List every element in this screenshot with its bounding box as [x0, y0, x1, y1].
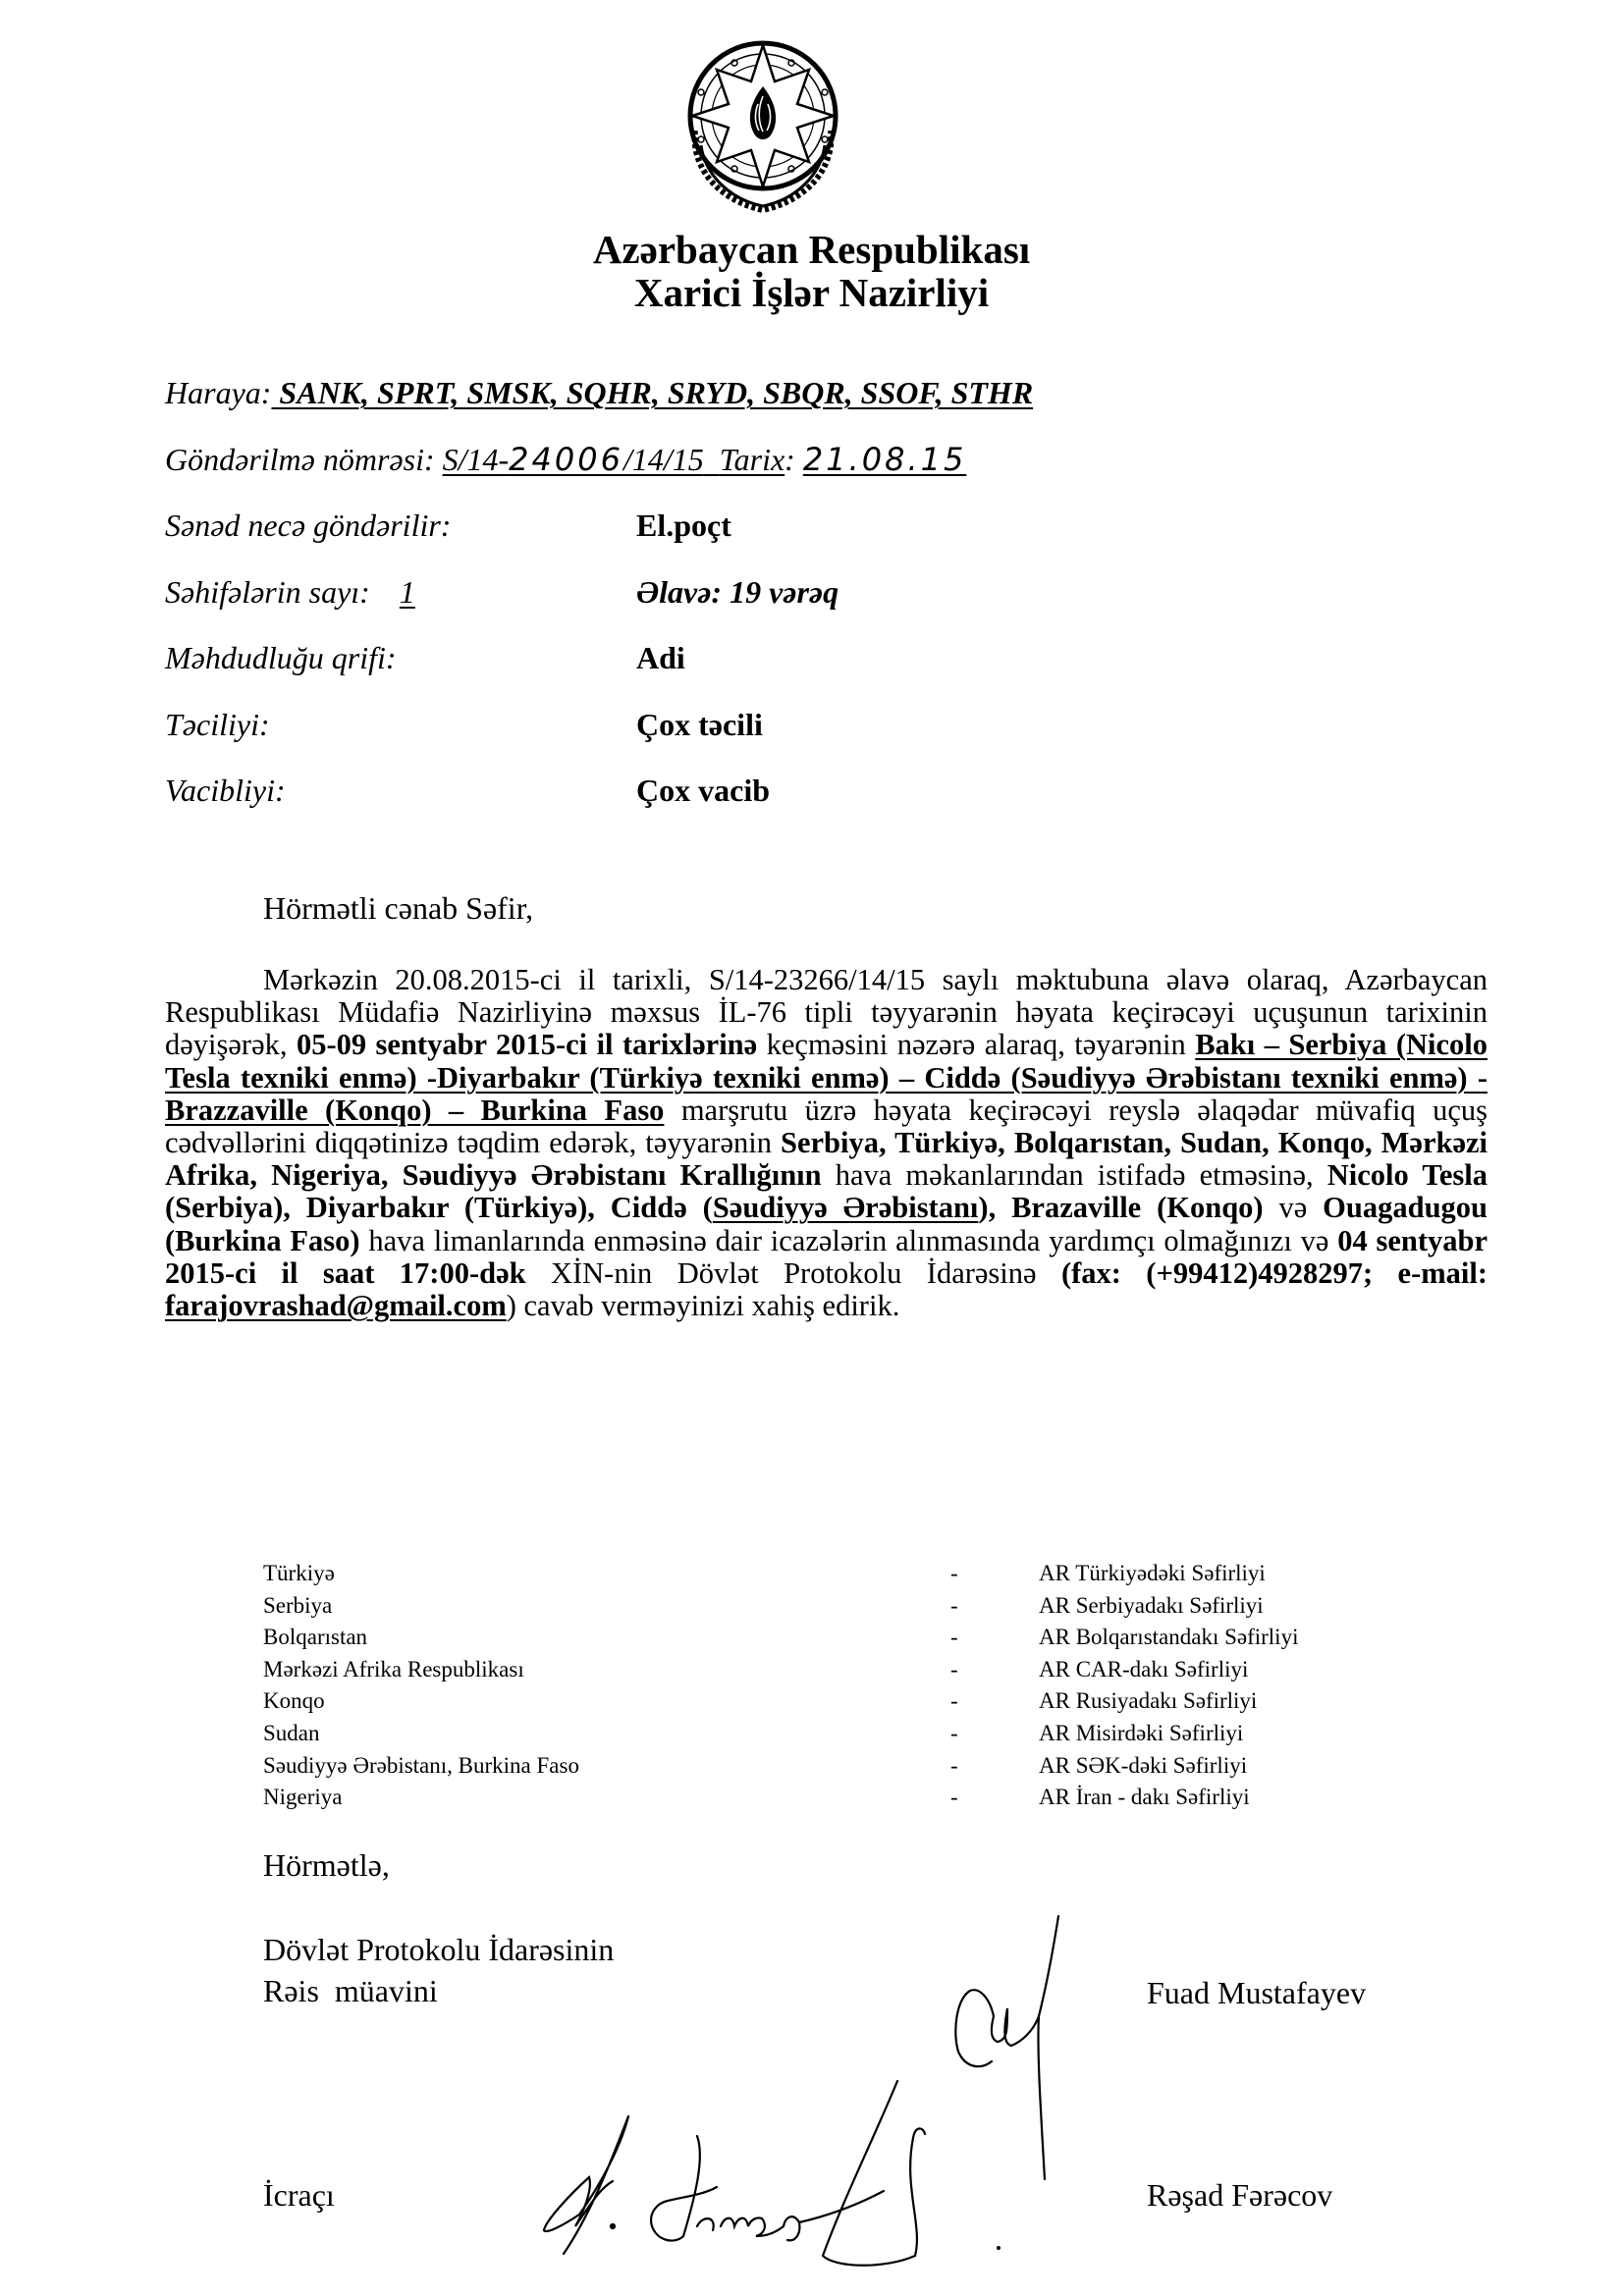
distribution-country: Sudan: [263, 1718, 320, 1750]
date-label: Tarix: [720, 442, 784, 477]
distribution-dash: -: [950, 1590, 958, 1623]
outgoing-number-value: S/14-24006/14/15 Tarix: [443, 442, 785, 477]
distribution-row: Türkiyə-AR Türkiyədəki Səfirliyi: [263, 1558, 1441, 1590]
executor-signature-icon: [511, 2079, 943, 2285]
executor-name: Rəşad Fərəcov: [1147, 2177, 1332, 2213]
executor-label: İcraçı: [263, 2177, 335, 2213]
stray-dot: [997, 2246, 1001, 2250]
distribution-dash: -: [950, 1750, 958, 1783]
distribution-country: Səudiyyə Ərəbistanı, Burkina Faso: [263, 1750, 579, 1783]
distribution-dash: -: [950, 1558, 958, 1590]
distribution-country: Bolqarıstan: [263, 1622, 367, 1654]
pages-label: Səhifələrin sayı:: [165, 574, 370, 610]
distribution-embassy: AR Türkiyədəki Səfirliyi: [1039, 1558, 1266, 1590]
outgoing-number-field: Göndərilmə nömrəsi: S/14-24006/14/15 Tar…: [165, 440, 966, 479]
state-emblem-icon: [676, 37, 850, 216]
distribution-dash: -: [950, 1782, 958, 1814]
distribution-embassy: AR Rusiyadakı Səfirliyi: [1039, 1685, 1257, 1718]
restriction-value: Adi: [636, 638, 685, 677]
body-text-run: Səudiyyə Ərəbistanı: [713, 1191, 979, 1224]
letter-body: Mərkəzin 20.08.2015-ci il tarixli, S/14-…: [165, 964, 1488, 1322]
distribution-country: Konqo: [263, 1685, 325, 1718]
distribution-embassy: AR SƏK-dəki Səfirliyi: [1039, 1750, 1247, 1783]
body-text-run: XİN-nin Dövlət Protokolu İdarəsinə: [526, 1256, 1061, 1290]
importance-value: Çox vacib: [636, 771, 770, 810]
signatory-position-line2: Rəis müavini: [263, 1973, 438, 2008]
distribution-embassy: AR Serbiyadakı Səfirliyi: [1039, 1590, 1264, 1623]
distribution-row: Mərkəzi Afrika Respublikası-AR CAR-dakı …: [263, 1654, 1441, 1686]
body-text-run: hava məkanlarından istifadə etməsinə,: [822, 1158, 1327, 1192]
salutation: Hörmətli cənab Səfir,: [263, 888, 533, 928]
body-text-run: hava limanlarında enməsinə dair icazələr…: [360, 1224, 1338, 1257]
urgency-label: Təciliyi:: [165, 705, 270, 744]
distribution-country: Nigeriya: [263, 1782, 342, 1814]
distribution-row: Sudan-AR Misirdəki Səfirliyi: [263, 1718, 1441, 1750]
body-text-run: (fax: (+99412)4928297; e-mail:: [1061, 1256, 1488, 1290]
body-text-run: 05-09 sentyabr 2015-ci il tarixlərinə: [297, 1028, 757, 1061]
body-text-run: ), Brazaville (Konqo): [978, 1191, 1263, 1224]
signatory-position-line1: Dövlət Protokolu İdarəsinin: [263, 1932, 614, 1967]
recipients-field: Haraya: SANK, SPRT, SMSK, SQHR, SRYD, SB…: [165, 373, 1033, 412]
restriction-label: Məhdudluğu qrifi:: [165, 638, 397, 677]
distribution-dash: -: [950, 1718, 958, 1750]
distribution-row: Nigeriya-AR İran - dakı Səfirliyi: [263, 1782, 1441, 1814]
body-text-run: keçməsini nəzərə alaraq, təyarənin: [757, 1028, 1195, 1061]
distribution-row: Serbiya-AR Serbiyadakı Səfirliyi: [263, 1590, 1441, 1623]
distribution-embassy: AR CAR-dakı Səfirliyi: [1039, 1654, 1248, 1686]
email-link[interactable]: farajovrashad@gmail.com: [165, 1289, 507, 1322]
signature-icon: [943, 1914, 1109, 2189]
distribution-dash: -: [950, 1685, 958, 1718]
distribution-list: Türkiyə-AR Türkiyədəki SəfirliyiSerbiya-…: [263, 1558, 1441, 1814]
distribution-dash: -: [950, 1654, 958, 1686]
closing-regards: Hörmətlə,: [263, 1847, 390, 1883]
recipients-value: SANK, SPRT, SMSK, SQHR, SRYD, SBQR, SSOF…: [271, 375, 1033, 410]
outgoing-prefix: S/14-: [443, 442, 510, 477]
recipients-label: Haraya:: [165, 375, 271, 410]
outgoing-number-label: Göndərilmə nömrəsi:: [165, 442, 435, 477]
distribution-country: Serbiya: [263, 1590, 332, 1623]
country-title: Azərbaycan Respublikası: [0, 228, 1623, 271]
send-method-label: Sənəd necə göndərilir:: [165, 506, 451, 545]
send-method-value: El.poçt: [636, 506, 731, 545]
importance-label: Vacibliyi:: [165, 771, 286, 810]
pages-field: Səhifələrin sayı: 1: [165, 572, 421, 612]
body-text-run: ) cavab verməyinizi xahiş edirik.: [507, 1289, 900, 1322]
urgency-value: Çox təcili: [636, 705, 763, 744]
pages-value: 1: [394, 574, 421, 610]
distribution-embassy: AR Misirdəki Səfirliyi: [1039, 1718, 1243, 1750]
body-text-run: və: [1264, 1191, 1324, 1224]
date-handwritten: 21.08.15: [803, 441, 967, 478]
distribution-country: Mərkəzi Afrika Respublikası: [263, 1654, 524, 1686]
distribution-row: Səudiyyə Ərəbistanı, Burkina Faso-AR SƏK…: [263, 1750, 1441, 1783]
outgoing-handwritten: 24006: [509, 441, 623, 478]
ministry-title: Xarici İşlər Nazirliyi: [0, 271, 1623, 314]
outgoing-suffix: /14/15: [623, 442, 704, 477]
distribution-embassy: AR Bolqarıstandakı Səfirliyi: [1039, 1622, 1298, 1654]
distribution-row: Konqo-AR Rusiyadakı Səfirliyi: [263, 1685, 1441, 1718]
distribution-country: Türkiyə: [263, 1558, 335, 1590]
attachment-value: Əlavə: 19 vərəq: [636, 572, 839, 612]
distribution-row: Bolqarıstan-AR Bolqarıstandakı Səfirliyi: [263, 1622, 1441, 1654]
signatory-name: Fuad Mustafayev: [1147, 1975, 1366, 2010]
distribution-embassy: AR İran - dakı Səfirliyi: [1039, 1782, 1250, 1814]
distribution-dash: -: [950, 1622, 958, 1654]
